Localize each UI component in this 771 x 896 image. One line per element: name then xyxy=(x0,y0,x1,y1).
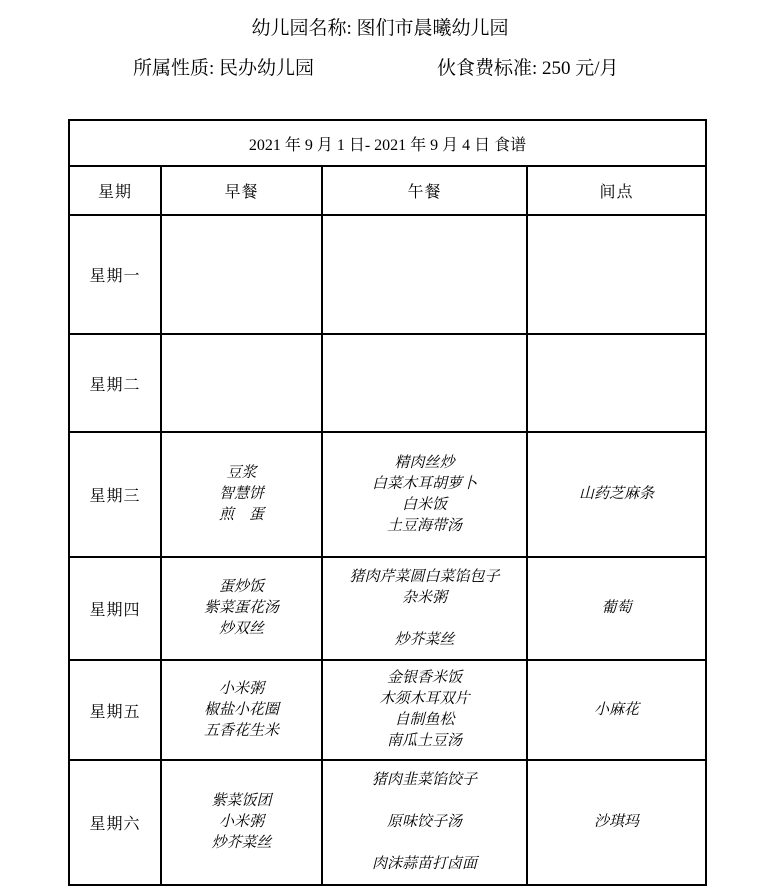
snack-cell: 山药芝麻条 xyxy=(527,432,706,557)
column-header-snack: 间点 xyxy=(527,166,706,215)
lunch-cell xyxy=(322,215,527,334)
column-header-breakfast: 早餐 xyxy=(161,166,322,215)
table-row-monday: 星期一 xyxy=(69,215,706,334)
day-label: 星期一 xyxy=(69,215,161,334)
document-page: 幼儿园名称: 图们市晨曦幼儿园 所属性质: 民办幼儿园 伙食费标准: 250 元… xyxy=(0,0,771,896)
table-row-friday: 星期五 小米粥 椒盐小花圈 五香花生米 金银香米饭 木须木耳双片 自制鱼松 南瓜… xyxy=(69,660,706,760)
day-label: 星期三 xyxy=(69,432,161,557)
snack-cell xyxy=(527,334,706,432)
breakfast-cell: 小米粥 椒盐小花圈 五香花生米 xyxy=(161,660,322,760)
lunch-cell: 猪肉韭菜馅饺子 原味饺子汤 肉沫蒜苗打卤面 xyxy=(322,760,527,885)
table-row-saturday: 星期六 紫菜饭团 小米粥 炒芥菜丝 猪肉韭菜馅饺子 原味饺子汤 肉沫蒜苗打卤面 … xyxy=(69,760,706,885)
lunch-cell: 金银香米饭 木须木耳双片 自制鱼松 南瓜土豆汤 xyxy=(322,660,527,760)
breakfast-cell xyxy=(161,334,322,432)
table-title: 2021 年 9 月 1 日- 2021 年 9 月 4 日 食谱 xyxy=(69,120,706,166)
snack-cell: 沙琪玛 xyxy=(527,760,706,885)
column-header-day: 星期 xyxy=(69,166,161,215)
day-label: 星期四 xyxy=(69,557,161,660)
snack-cell: 小麻花 xyxy=(527,660,706,760)
ownership-type-text: 所属性质: 民办幼儿园 xyxy=(133,53,314,80)
table-row-wednesday: 星期三 豆浆 智慧饼 煎 蛋 精肉丝炒 白菜木耳胡萝卜 白米饭 土豆海带汤 山药… xyxy=(69,432,706,557)
table-row-thursday: 星期四 蛋炒饭 紫菜蛋花汤 炒双丝 猪肉芹菜圆白菜馅包子 杂米粥 炒芥菜丝 葡萄 xyxy=(69,557,706,660)
table-row-tuesday: 星期二 xyxy=(69,334,706,432)
breakfast-cell: 豆浆 智慧饼 煎 蛋 xyxy=(161,432,322,557)
day-label: 星期五 xyxy=(69,660,161,760)
snack-cell: 葡萄 xyxy=(527,557,706,660)
weekly-menu-table: 2021 年 9 月 1 日- 2021 年 9 月 4 日 食谱 星期 早餐 … xyxy=(68,119,707,886)
breakfast-cell: 蛋炒饭 紫菜蛋花汤 炒双丝 xyxy=(161,557,322,660)
table-header-row: 星期 早餐 午餐 间点 xyxy=(69,166,706,215)
kindergarten-name-heading: 幼儿园名称: 图们市晨曦幼儿园 xyxy=(0,13,760,40)
snack-cell xyxy=(527,215,706,334)
lunch-cell xyxy=(322,334,527,432)
breakfast-cell: 紫菜饭团 小米粥 炒芥菜丝 xyxy=(161,760,322,885)
table-title-row: 2021 年 9 月 1 日- 2021 年 9 月 4 日 食谱 xyxy=(69,120,706,166)
document-subheader: 所属性质: 民办幼儿园 伙食费标准: 250 元/月 xyxy=(0,53,771,79)
column-header-lunch: 午餐 xyxy=(322,166,527,215)
meal-fee-standard-text: 伙食费标准: 250 元/月 xyxy=(437,53,619,80)
lunch-cell: 猪肉芹菜圆白菜馅包子 杂米粥 炒芥菜丝 xyxy=(322,557,527,660)
day-label: 星期六 xyxy=(69,760,161,885)
breakfast-cell xyxy=(161,215,322,334)
day-label: 星期二 xyxy=(69,334,161,432)
lunch-cell: 精肉丝炒 白菜木耳胡萝卜 白米饭 土豆海带汤 xyxy=(322,432,527,557)
